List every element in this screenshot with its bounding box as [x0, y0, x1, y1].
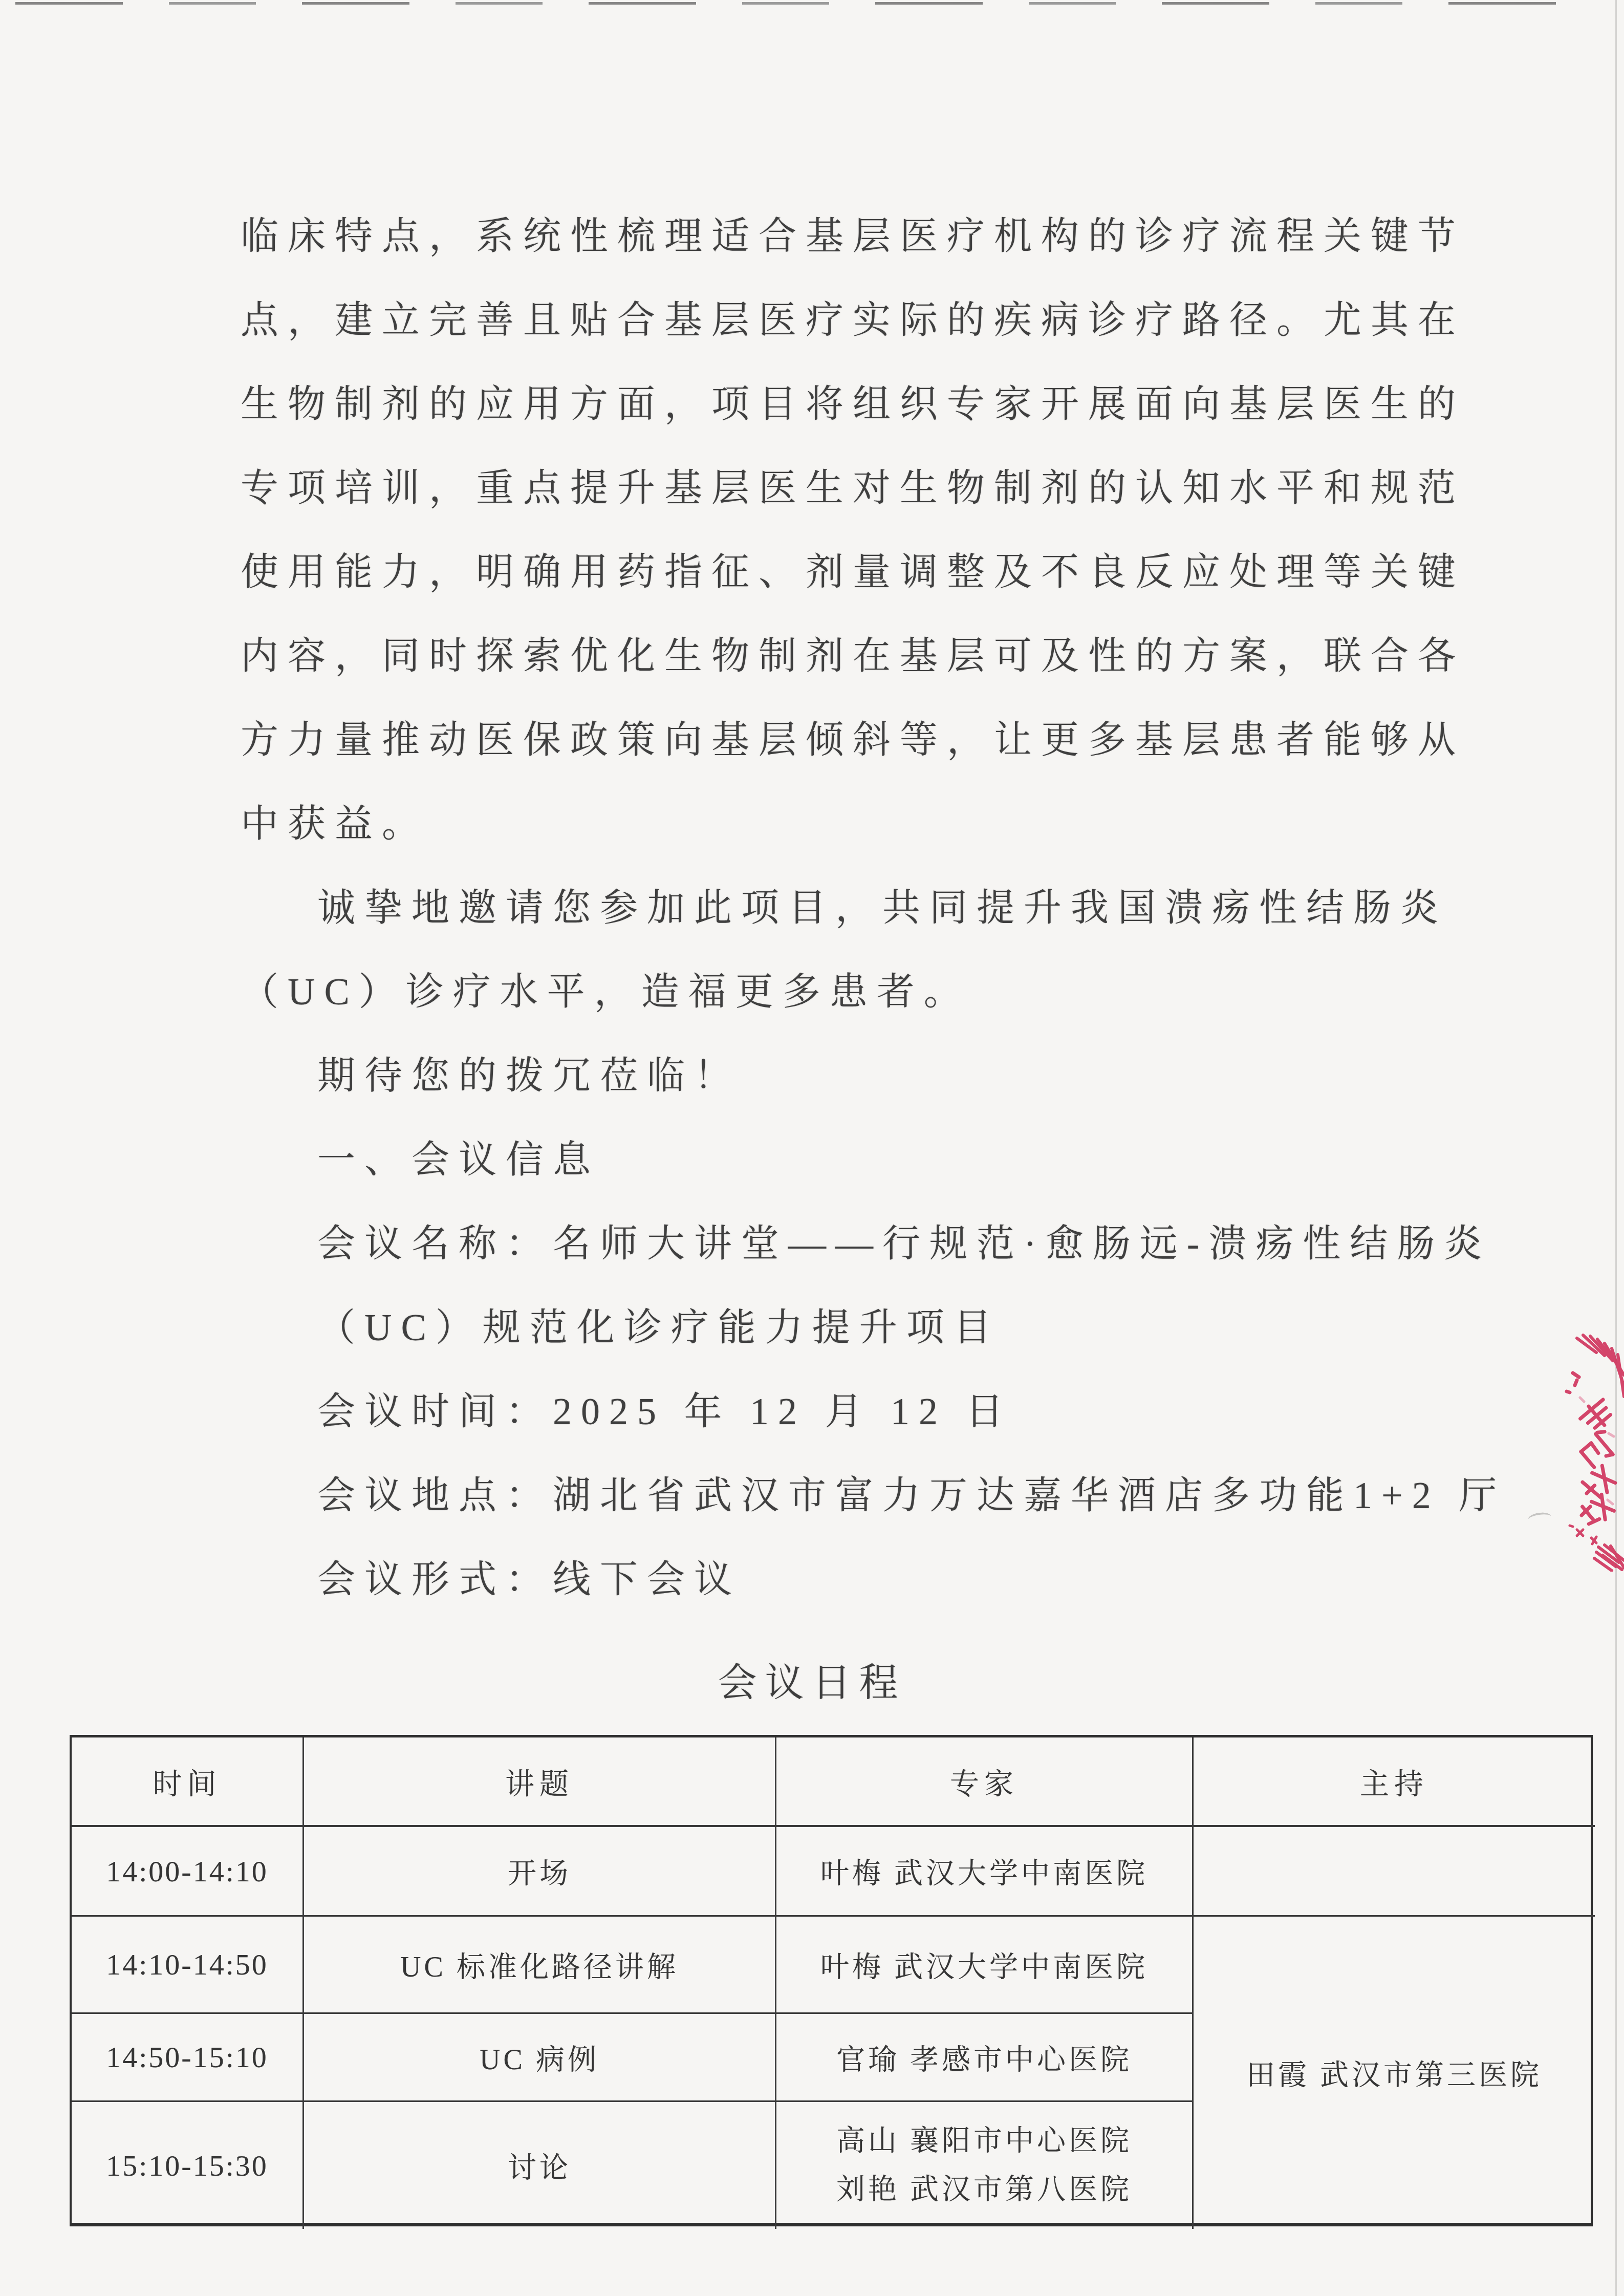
column-header-topic: 讲题 [304, 1737, 776, 1827]
letter-body: 临床特点，系统性梳理适合基层医疗机构的诊疗流程关键节 点，建立完善且贴合基层医疗… [241, 195, 1448, 1622]
meeting-name-line: 会议名称：名师大讲堂——行规范·愈肠远-溃疡性结肠炎 [241, 1202, 1448, 1286]
table-cell-expert: 叶梅 武汉大学中南医院 [776, 1827, 1194, 1917]
scan-edge-artifact-right [1615, 0, 1617, 2296]
table-cell-expert-line1: 高山 襄阳市中心医院 [836, 2117, 1132, 2165]
letter-line: 使用能力，明确用药指征、剂量调整及不良反应处理等关键 [241, 530, 1448, 614]
table-cell-time: 15:10-15:30 [72, 2102, 304, 2229]
column-header-expert: 专家 [776, 1737, 1194, 1827]
letter-line: 期待您的拨冗莅临！ [241, 1034, 1448, 1118]
scanned-document-page: 临床特点，系统性梳理适合基层医疗机构的诊疗流程关键节 点，建立完善且贴合基层医疗… [0, 0, 1624, 2296]
table-cell-topic: 讨论 [304, 2102, 776, 2229]
table-cell-expert: 高山 襄阳市中心医院 刘艳 武汉市第八医院 [776, 2102, 1194, 2229]
table-cell-expert: 叶梅 武汉大学中南医院 [776, 1917, 1194, 2014]
red-seal-fragment [1547, 1326, 1624, 1572]
letter-line: 中获益。 [241, 782, 1448, 866]
table-cell-host-merged: 田霞 武汉市第三医院 [1194, 1917, 1595, 2229]
scan-edge-artifact-top [15, 2, 1582, 5]
letter-line: 内容，同时探索优化生物制剂在基层可及性的方案，联合各 [241, 614, 1448, 698]
table-cell-topic: 开场 [304, 1827, 776, 1917]
meeting-location-line: 会议地点：湖北省武汉市富力万达嘉华酒店多功能1+2 厅 [241, 1454, 1448, 1538]
table-cell-host-empty [1194, 1827, 1595, 1917]
letter-line: 诚挚地邀请您参加此项目，共同提升我国溃疡性结肠炎 [241, 866, 1448, 950]
schedule-title: 会议日程 [0, 1653, 1624, 1714]
table-cell-time: 14:00-14:10 [72, 1827, 304, 1917]
letter-line: 临床特点，系统性梳理适合基层医疗机构的诊疗流程关键节 [241, 195, 1448, 278]
meeting-time-line: 会议时间：2025 年 12 月 12 日 [241, 1370, 1448, 1454]
schedule-table: 时间 讲题 专家 主持 14:00-14:10 开场 叶梅 武汉大学中南医院 1… [70, 1735, 1593, 2226]
letter-line: 方力量推动医保政策向基层倾斜等，让更多基层患者能够从 [241, 698, 1448, 782]
column-header-host: 主持 [1194, 1737, 1595, 1827]
section-heading-meeting-info: 一、会议信息 [241, 1118, 1448, 1202]
table-cell-time: 14:10-14:50 [72, 1917, 304, 2014]
table-cell-expert: 官瑜 孝感市中心医院 [776, 2014, 1194, 2102]
table-cell-expert-line2: 刘艳 武汉市第八医院 [836, 2165, 1132, 2214]
column-header-time: 时间 [72, 1737, 304, 1827]
letter-line: 生物制剂的应用方面，项目将组织专家开展面向基层医生的 [241, 362, 1448, 446]
letter-line: 专项培训，重点提升基层医生对生物制剂的认知水平和规范 [241, 446, 1448, 530]
table-cell-topic: UC 病例 [304, 2014, 776, 2102]
table-cell-topic: UC 标准化路径讲解 [304, 1917, 776, 2014]
meeting-format-line: 会议形式：线下会议 [241, 1538, 1448, 1622]
letter-line: 点，建立完善且贴合基层医疗实际的疾病诊疗路径。尤其在 [241, 278, 1448, 362]
table-cell-time: 14:50-15:10 [72, 2014, 304, 2102]
letter-line: （UC）诊疗水平，造福更多患者。 [241, 950, 1448, 1034]
meeting-name-line: （UC）规范化诊疗能力提升项目 [241, 1286, 1448, 1370]
